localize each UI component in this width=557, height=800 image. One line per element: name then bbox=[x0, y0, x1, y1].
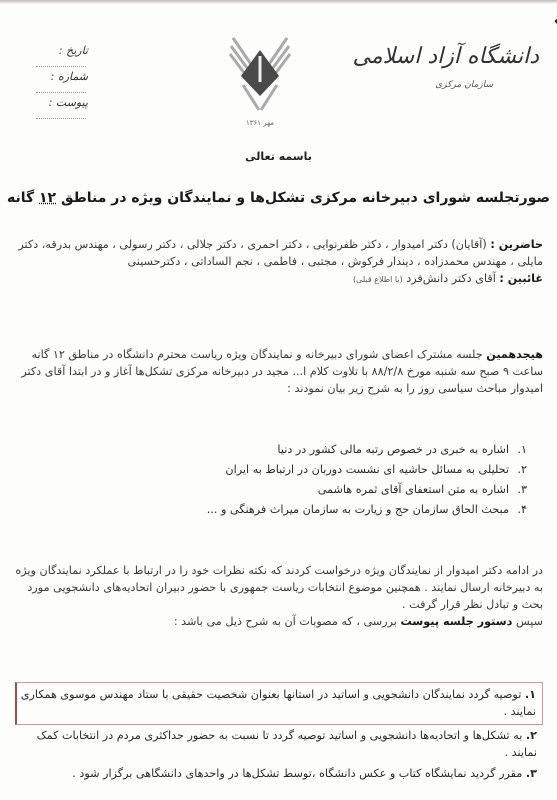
topics-list: ۱.اشاره به خبری در خصوص رتبه مالی کشور د… bbox=[107, 440, 527, 520]
number-field: شماره : bbox=[8, 70, 88, 96]
org-subtitle: سازمان مرکزی bbox=[435, 80, 493, 90]
document-title: صورتجلسه شورای دبیرخانه مرکزی تشکل‌ها و … bbox=[0, 190, 557, 206]
resolutions-list: ۱. توصیه گردد نمایندگان دانشجویی و اساتی… bbox=[15, 682, 543, 782]
list-item: ۳.اشاره به متن استعفای آقای ثمره هاشمی bbox=[107, 480, 527, 500]
absentees-note: (با اطلاع قبلی) bbox=[353, 275, 403, 284]
university-logo-icon: ۱۳۶۱ مهر bbox=[225, 30, 295, 130]
resolution-item: ۳. مقرر گردید نمایشگاه کتاب و عکس دانشگا… bbox=[15, 761, 543, 782]
attendees-label: حاضرین : bbox=[490, 238, 543, 251]
svg-text:۱۳۶۱ مهر: ۱۳۶۱ مهر bbox=[246, 119, 274, 127]
list-item: ۴.مبحث الحاق سازمان حج و زیارت به سازمان… bbox=[107, 500, 527, 520]
list-item: ۱.اشاره به خبری در خصوص رتبه مالی کشور د… bbox=[107, 440, 527, 460]
continuation-paragraph: در ادامه دکتر امیدوار از نمایندگان ویژه … bbox=[13, 562, 543, 630]
list-item: ۲.تحلیلی به مسائل حاشیه ای نشست دوربان د… bbox=[107, 460, 527, 480]
attendees-paragraph: حاضرین : (آقایان) دکتر امیدوار ، دکتر ظف… bbox=[13, 236, 543, 288]
scan-edge-shadow bbox=[0, 0, 557, 4]
absentees-label: غائبین : bbox=[499, 272, 543, 285]
date-field: تاریخ : bbox=[8, 44, 88, 70]
resolution-item: ۲. به تشکل‌ها و اتحادیه‌ها دانشجویی و اس… bbox=[15, 725, 543, 761]
attachment-field: پیوست : bbox=[8, 96, 88, 122]
absentees-list: آقای دکتر دانش‌فرد bbox=[406, 272, 496, 285]
intro-paragraph: هیجدهمین جلسه مشترک اعضای شورای دبیرخانه… bbox=[13, 346, 543, 397]
invocation: باسمه تعالی bbox=[0, 150, 557, 163]
attendees-list: (آقایان) دکتر امیدوار ، دکتر ظفرنوایی ، … bbox=[18, 238, 543, 268]
resolution-item-highlighted: ۱. توصیه گردد نمایندگان دانشجویی و اساتی… bbox=[15, 682, 543, 725]
university-name: دانشگاه آزاد اسلامی bbox=[353, 44, 539, 69]
